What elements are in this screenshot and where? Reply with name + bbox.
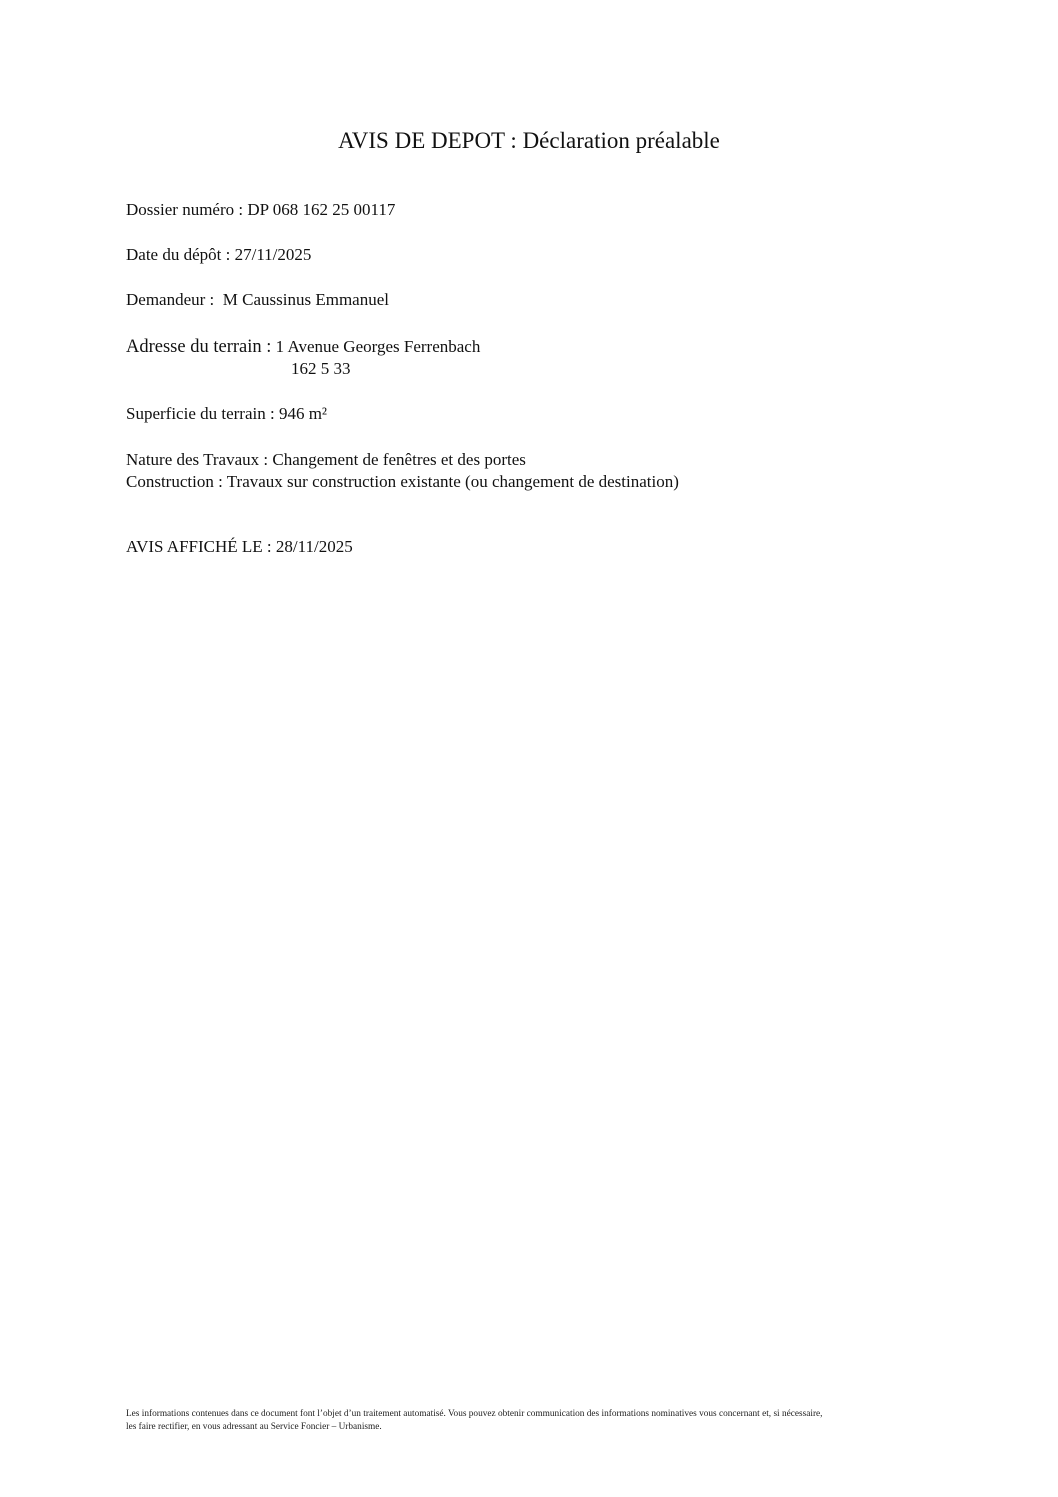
deposit-date-label: Date du dépôt : bbox=[126, 245, 230, 264]
land-area-row: Superficie du terrain : 946 m² bbox=[126, 403, 327, 425]
construction-label: Construction : bbox=[126, 472, 223, 491]
dossier-number-value: DP 068 162 25 00117 bbox=[247, 200, 395, 219]
land-area-value: 946 m² bbox=[279, 404, 327, 423]
address-row: Adresse du terrain : 1 Avenue Georges Fe… bbox=[126, 336, 480, 358]
dossier-number-label: Dossier numéro : bbox=[126, 200, 243, 219]
address-line1: 1 Avenue Georges Ferrenbach bbox=[276, 337, 481, 356]
notice-posted-label: AVIS AFFICHÉ LE : bbox=[126, 537, 272, 556]
applicant-value: M Caussinus Emmanuel bbox=[223, 290, 389, 309]
applicant-label: Demandeur : bbox=[126, 290, 214, 309]
footer-line-2: les faire rectifier, en vous adressant a… bbox=[126, 1421, 936, 1434]
works-nature-label: Nature des Travaux : bbox=[126, 450, 268, 469]
works-nature-value: Changement de fenêtres et des portes bbox=[272, 450, 526, 469]
address-label: Adresse du terrain : bbox=[126, 337, 271, 357]
construction-value: Travaux sur construction existante (ou c… bbox=[227, 472, 679, 491]
dossier-number-row: Dossier numéro : DP 068 162 25 00117 bbox=[126, 199, 395, 221]
construction-row: Construction : Travaux sur construction … bbox=[126, 471, 679, 493]
address-line2: 162 5 33 bbox=[291, 358, 351, 380]
page-title: AVIS DE DEPOT : Déclaration préalable bbox=[0, 126, 1058, 156]
privacy-footer: Les informations contenues dans ce docum… bbox=[126, 1408, 936, 1434]
deposit-date-row: Date du dépôt : 27/11/2025 bbox=[126, 244, 311, 266]
footer-line-1: Les informations contenues dans ce docum… bbox=[126, 1408, 936, 1421]
notice-posted-value: 28/11/2025 bbox=[276, 537, 353, 556]
applicant-row: Demandeur : M Caussinus Emmanuel bbox=[126, 289, 389, 311]
deposit-date-value: 27/11/2025 bbox=[235, 245, 312, 264]
works-nature-row: Nature des Travaux : Changement de fenêt… bbox=[126, 449, 526, 471]
notice-posted-row: AVIS AFFICHÉ LE : 28/11/2025 bbox=[126, 536, 353, 558]
land-area-label: Superficie du terrain : bbox=[126, 404, 275, 423]
